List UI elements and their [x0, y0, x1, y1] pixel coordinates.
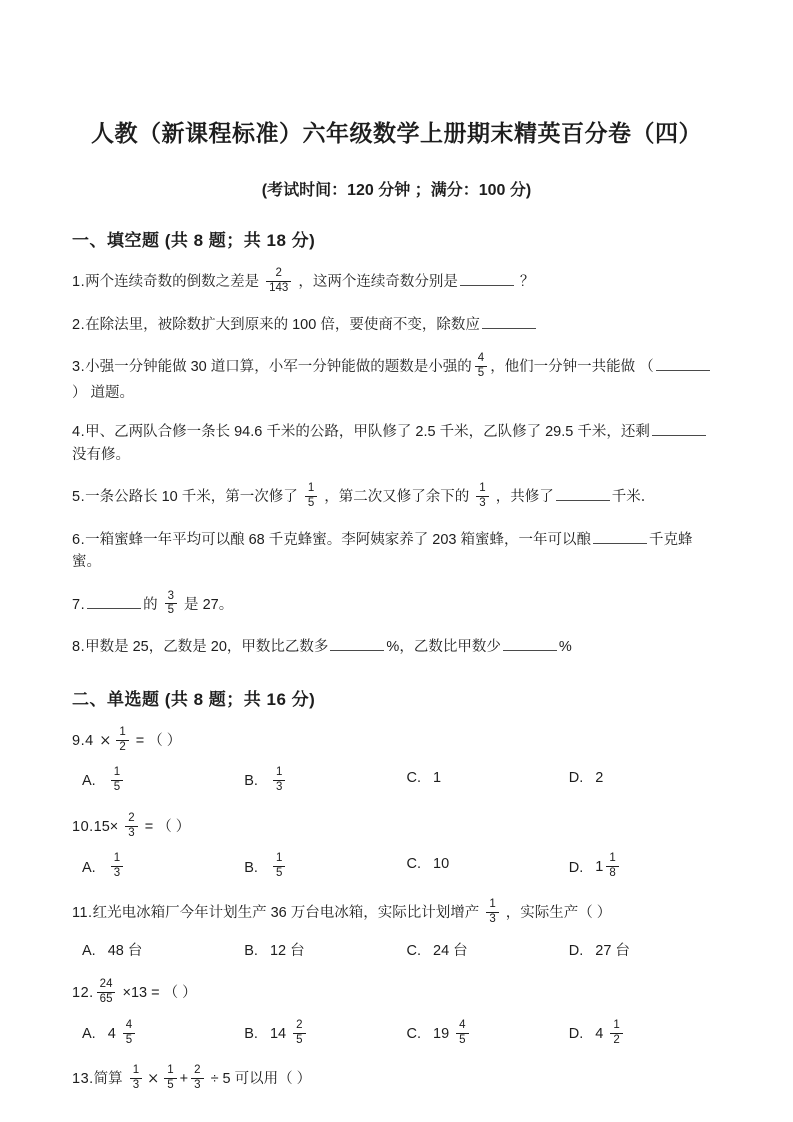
- fraction-denominator: 3: [476, 496, 488, 511]
- fraction-denominator: 5: [111, 780, 123, 795]
- option-label: C.: [407, 856, 422, 872]
- fraction-denominator: 3: [130, 1078, 142, 1093]
- fraction-numerator: 1: [164, 1064, 176, 1078]
- answer-blank: [87, 596, 141, 609]
- fraction: 23: [191, 1064, 203, 1093]
- option: C.24 台: [397, 940, 559, 962]
- fraction-numerator: 3: [165, 590, 177, 604]
- question-number: 7.: [72, 597, 85, 613]
- section-heading: 一、填空题 (共 8 题；共 18 分): [72, 226, 721, 251]
- options-row: A.48 台B.12 台C.24 台D.27 台: [72, 928, 721, 962]
- option-label: D.: [569, 860, 584, 876]
- fraction-denominator: 143: [266, 281, 291, 296]
- question-number: 6.: [72, 532, 85, 548]
- exam-info-line: (考试时间：120 分钟 ；满分：100 分): [72, 177, 721, 200]
- fraction-denominator: 5: [273, 866, 285, 881]
- fraction-denominator: 2: [116, 740, 128, 755]
- answer-blank: [482, 316, 536, 329]
- option: D.27 台: [559, 940, 721, 962]
- fraction-numerator: 1: [116, 726, 128, 740]
- option-label: A.: [82, 1026, 96, 1042]
- fraction-denominator: 2: [610, 1033, 622, 1048]
- answer-blank: [503, 638, 557, 651]
- question-number: 10.: [72, 819, 94, 835]
- fraction: 13: [486, 898, 498, 927]
- fraction-denominator: 5: [123, 1033, 135, 1048]
- question-number: 13.: [72, 1071, 94, 1087]
- question-number: 9.: [72, 733, 85, 749]
- fraction: 25: [293, 1019, 305, 1048]
- option: A.13: [72, 853, 234, 882]
- option-label: B.: [244, 1026, 258, 1042]
- fraction-denominator: 3: [111, 866, 123, 881]
- question-number: 3.: [72, 359, 85, 375]
- answer-blank: [330, 638, 384, 651]
- option: B.14 25: [234, 1020, 396, 1049]
- fraction: 2143: [266, 267, 291, 296]
- sections-container: 一、填空题 (共 8 题；共 18 分)1.两个连续奇数的倒数之差是 2143 …: [72, 226, 721, 1094]
- exam-section: 二、单选题 (共 8 题；共 16 分)9.4 ×12 = （ ）A.15B.1…: [72, 685, 721, 1094]
- fraction-denominator: 5: [456, 1033, 468, 1048]
- fraction-denominator: 3: [125, 826, 137, 841]
- question: 1.两个连续奇数的倒数之差是 2143 ，这两个连续奇数分别是 ？: [72, 251, 721, 297]
- question-number: 2.: [72, 317, 85, 333]
- question: 6.一箱蜜蜂一年平均可以酿 68 千克蜂蜜。李阿姨家养了 203 箱蜜蜂，一年可…: [72, 512, 721, 574]
- section-heading: 二、单选题 (共 8 题；共 16 分): [72, 685, 721, 710]
- option: B.12 台: [234, 940, 396, 962]
- fraction-denominator: 5: [475, 366, 487, 381]
- fraction: 12: [116, 726, 128, 755]
- option-label: C.: [407, 770, 422, 786]
- question-number: 1.: [72, 274, 85, 290]
- option: A.48 台: [72, 940, 234, 962]
- question: 7.的 35 是 27。: [72, 574, 721, 620]
- option: C.19 45: [397, 1020, 559, 1049]
- option-label: D.: [569, 770, 584, 786]
- option-label: B.: [244, 943, 258, 959]
- question: 12.2465 ×13 = （ ）: [72, 962, 721, 1008]
- fraction: 12: [610, 1019, 622, 1048]
- fraction: 45: [123, 1019, 135, 1048]
- fraction-denominator: 3: [486, 912, 498, 927]
- fraction: 15: [305, 482, 317, 511]
- fraction-numerator: 1: [606, 852, 618, 866]
- fraction-numerator: 1: [273, 852, 285, 866]
- fraction-numerator: 1: [486, 898, 498, 912]
- question-number: 12.: [72, 985, 94, 1001]
- answer-blank: [593, 531, 647, 544]
- option-label: C.: [407, 943, 422, 959]
- fraction-denominator: 5: [305, 496, 317, 511]
- fraction: 13: [130, 1064, 142, 1093]
- answer-blank: [652, 423, 706, 436]
- option: B.15: [234, 853, 396, 882]
- fraction-numerator: 2: [293, 1019, 305, 1033]
- fraction-numerator: 1: [111, 852, 123, 866]
- option: D.4 12: [559, 1020, 721, 1049]
- option: A.4 45: [72, 1020, 234, 1049]
- fraction-numerator: 1: [476, 482, 488, 496]
- fraction: 2465: [97, 978, 116, 1007]
- fraction-denominator: 5: [165, 603, 177, 618]
- fraction-numerator: 4: [456, 1019, 468, 1033]
- option-label: D.: [569, 943, 584, 959]
- fraction: 15: [273, 852, 285, 881]
- fraction: 15: [164, 1064, 176, 1093]
- option: A.15: [72, 767, 234, 796]
- question-number: 4.: [72, 424, 85, 440]
- option: D.118: [559, 853, 721, 882]
- fraction-numerator: 4: [475, 352, 487, 366]
- fraction-denominator: 5: [164, 1078, 176, 1093]
- options-row: A.15B.13C.1D.2: [72, 755, 721, 796]
- question-number: 11.: [72, 905, 93, 921]
- question: 5.一条公路长 10 千米，第一次修了 15 ，第二次又修了余下的 13 ，共修…: [72, 466, 721, 512]
- option-label: A.: [82, 773, 96, 789]
- fraction-numerator: 1: [111, 766, 123, 780]
- option: B.13: [234, 767, 396, 796]
- fraction-denominator: 8: [606, 866, 618, 881]
- fraction-numerator: 1: [130, 1064, 142, 1078]
- fraction: 13: [476, 482, 488, 511]
- option-label: A.: [82, 943, 96, 959]
- fraction: 35: [165, 590, 177, 619]
- fraction: 13: [111, 852, 123, 881]
- fraction-numerator: 1: [610, 1019, 622, 1033]
- fraction-denominator: 65: [97, 992, 116, 1007]
- fraction-numerator: 1: [305, 482, 317, 496]
- fraction-denominator: 3: [191, 1078, 203, 1093]
- fraction: 23: [125, 812, 137, 841]
- fraction-denominator: 3: [273, 780, 285, 795]
- option-label: A.: [82, 860, 96, 876]
- exam-section: 一、填空题 (共 8 题；共 18 分)1.两个连续奇数的倒数之差是 2143 …: [72, 226, 721, 659]
- option-label: B.: [244, 773, 258, 789]
- question: 11.红光电冰箱厂今年计划生产 36 万台电冰箱，实际比计划增产 13 ，实际生…: [72, 882, 721, 928]
- fraction-numerator: 4: [123, 1019, 135, 1033]
- fraction: 45: [475, 352, 487, 381]
- fraction-denominator: 5: [293, 1033, 305, 1048]
- question: 10.15× 23 = （ ）: [72, 796, 721, 842]
- fraction: 15: [111, 766, 123, 795]
- fraction-numerator: 1: [273, 766, 285, 780]
- question-number: 8.: [72, 639, 85, 655]
- question: 2.在除法里，被除数扩大到原来的 100 倍，要使商不变，除数应: [72, 297, 721, 336]
- options-row: A.13B.15C.10D.118: [72, 841, 721, 882]
- answer-blank: [460, 273, 514, 286]
- page-title: 人教（新课程标准）六年级数学上册期末精英百分卷（四）: [72, 118, 721, 149]
- question: 8.甲数是 25，乙数是 20，甲数比乙数多%，乙数比甲数少%: [72, 619, 721, 658]
- answer-blank: [556, 488, 610, 501]
- question-number: 5.: [72, 489, 85, 505]
- question: 4.甲、乙两队合修一条长 94.6 千米的公路，甲队修了 2.5 千米，乙队修了…: [72, 404, 721, 466]
- fraction-numerator: 24: [97, 978, 116, 992]
- option-label: C.: [407, 1026, 422, 1042]
- fraction-numerator: 2: [125, 812, 137, 826]
- question: 3.小强一分钟能做 30 道口算，小军一分钟能做的题数是小强的45，他们一分钟一…: [72, 336, 721, 404]
- option-label: B.: [244, 860, 258, 876]
- multiply-sign: ×: [97, 733, 113, 749]
- answer-blank: [656, 358, 710, 371]
- exam-paper-page: 人教（新课程标准）六年级数学上册期末精英百分卷（四） (考试时间：120 分钟 …: [0, 0, 793, 1122]
- option: D.2: [559, 767, 721, 796]
- option: C.10: [397, 853, 559, 882]
- fraction: 45: [456, 1019, 468, 1048]
- option-label: D.: [569, 1026, 584, 1042]
- multiply-sign: ×: [145, 1071, 161, 1087]
- options-row: A.4 45B.14 25C.19 45D.4 12: [72, 1008, 721, 1049]
- question: 9.4 ×12 = （ ）: [72, 710, 721, 756]
- fraction-numerator: 2: [273, 267, 285, 281]
- option: C.1: [397, 767, 559, 796]
- fraction: 18: [606, 852, 618, 881]
- fraction-numerator: 2: [191, 1064, 203, 1078]
- question: 13.简算 13×15+23 ÷ 5 可以用（ ）: [72, 1048, 721, 1094]
- fraction: 13: [273, 766, 285, 795]
